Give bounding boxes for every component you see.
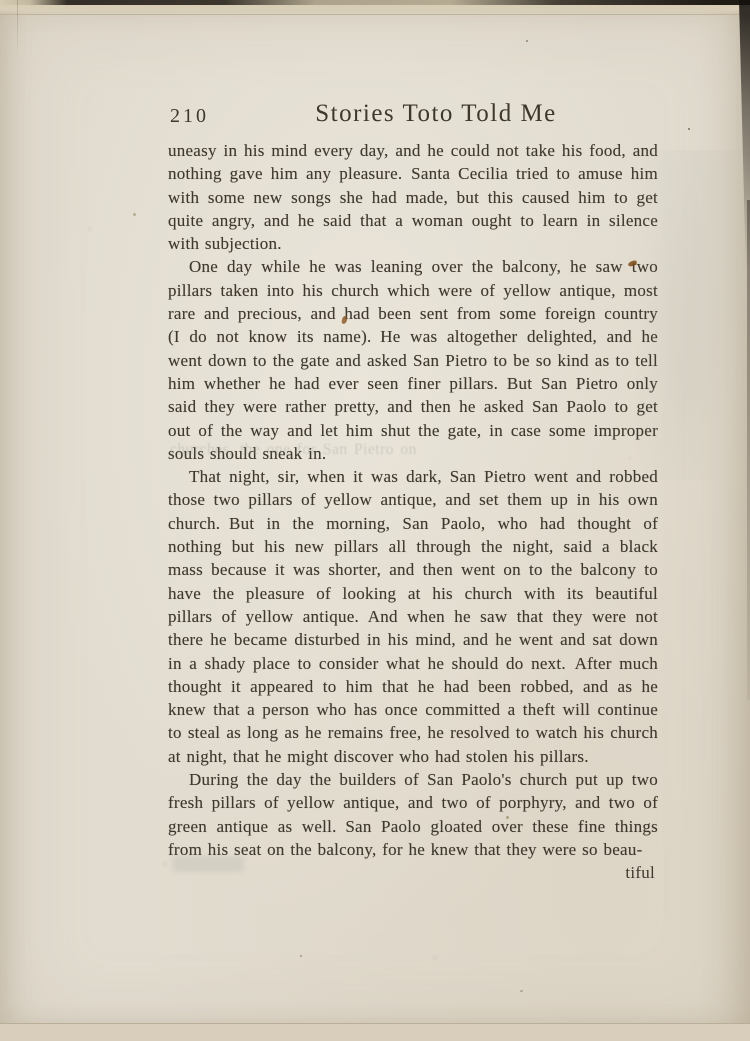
text-line: him whether he had ever seen finer pilla…	[168, 372, 658, 395]
text-line: those two pillars of yellow antique, and…	[168, 488, 658, 511]
text-line: at night, that he might discover who had…	[168, 745, 658, 768]
ink-stain	[526, 40, 528, 42]
text-line: uneasy in his mind every day, and he cou…	[168, 139, 658, 162]
text-line: in a shady place to consider what he sho…	[168, 652, 658, 675]
text-line: went down to the gate and asked San Piet…	[168, 349, 658, 372]
catchword: tiful	[168, 861, 655, 884]
text-line: church. But in the morning, San Paolo, w…	[168, 512, 658, 535]
ink-stain	[688, 128, 690, 130]
page-top-dark-line	[0, 0, 750, 5]
text-line: with subjection.	[168, 232, 658, 255]
text-line: to steal as long as he remains free, he …	[168, 721, 658, 744]
page-bottom-edge	[0, 1023, 750, 1041]
text-line: fresh pillars of yellow antique, and two…	[168, 791, 658, 814]
left-crease	[17, 0, 18, 58]
text-line: pillars of yellow antique. And when he s…	[168, 605, 658, 628]
book-page-scan: 210 Stories Toto Told Me uneasy in his m…	[0, 0, 750, 1041]
ink-stain	[520, 990, 523, 992]
text-line: rare and precious, and had been sent fro…	[168, 302, 658, 325]
page-number: 210	[170, 104, 209, 128]
text-line: there he became disturbed in his mind, a…	[168, 628, 658, 651]
text-line: (I do not know its name). He was altoget…	[168, 325, 658, 348]
text-block: uneasy in his mind every day, and he cou…	[168, 139, 658, 861]
text-line: That night, sir, when it was dark, San P…	[168, 465, 658, 488]
text-line: out of the way and let him shut the gate…	[168, 419, 658, 442]
text-line: One day while he was leaning over the ba…	[168, 255, 658, 278]
text-line: have the pleasure of looking at his chur…	[168, 582, 658, 605]
text-line: thought it appeared to him that he had b…	[168, 675, 658, 698]
text-line: nothing but his new pillars all through …	[168, 535, 658, 558]
ink-stain	[133, 213, 136, 216]
text-line: pillars taken into his church which were…	[168, 279, 658, 302]
text-line: from his seat on the balcony, for he kne…	[168, 838, 658, 861]
ink-stain	[300, 955, 302, 957]
text-line: said they were rather pretty, and then h…	[168, 395, 658, 418]
page-title: Stories Toto Told Me	[214, 99, 658, 129]
text-line: mass because it was shorter, and then we…	[168, 558, 658, 581]
text-line: knew that a person who has once committe…	[168, 698, 658, 721]
running-head: 210 Stories Toto Told Me	[168, 99, 658, 131]
text-line: quite angry, and he said that a woman ou…	[168, 209, 658, 232]
book-page: 210 Stories Toto Told Me uneasy in his m…	[0, 0, 750, 1041]
text-line: green antique as well. San Paolo gloated…	[168, 815, 658, 838]
text-line: with some new songs she had made, but th…	[168, 186, 658, 209]
text-line: souls should sneak in.	[168, 442, 658, 465]
text-line: During the day the builders of San Paolo…	[168, 768, 658, 791]
text-line: nothing gave him any pleasure. Santa Cec…	[168, 162, 658, 185]
